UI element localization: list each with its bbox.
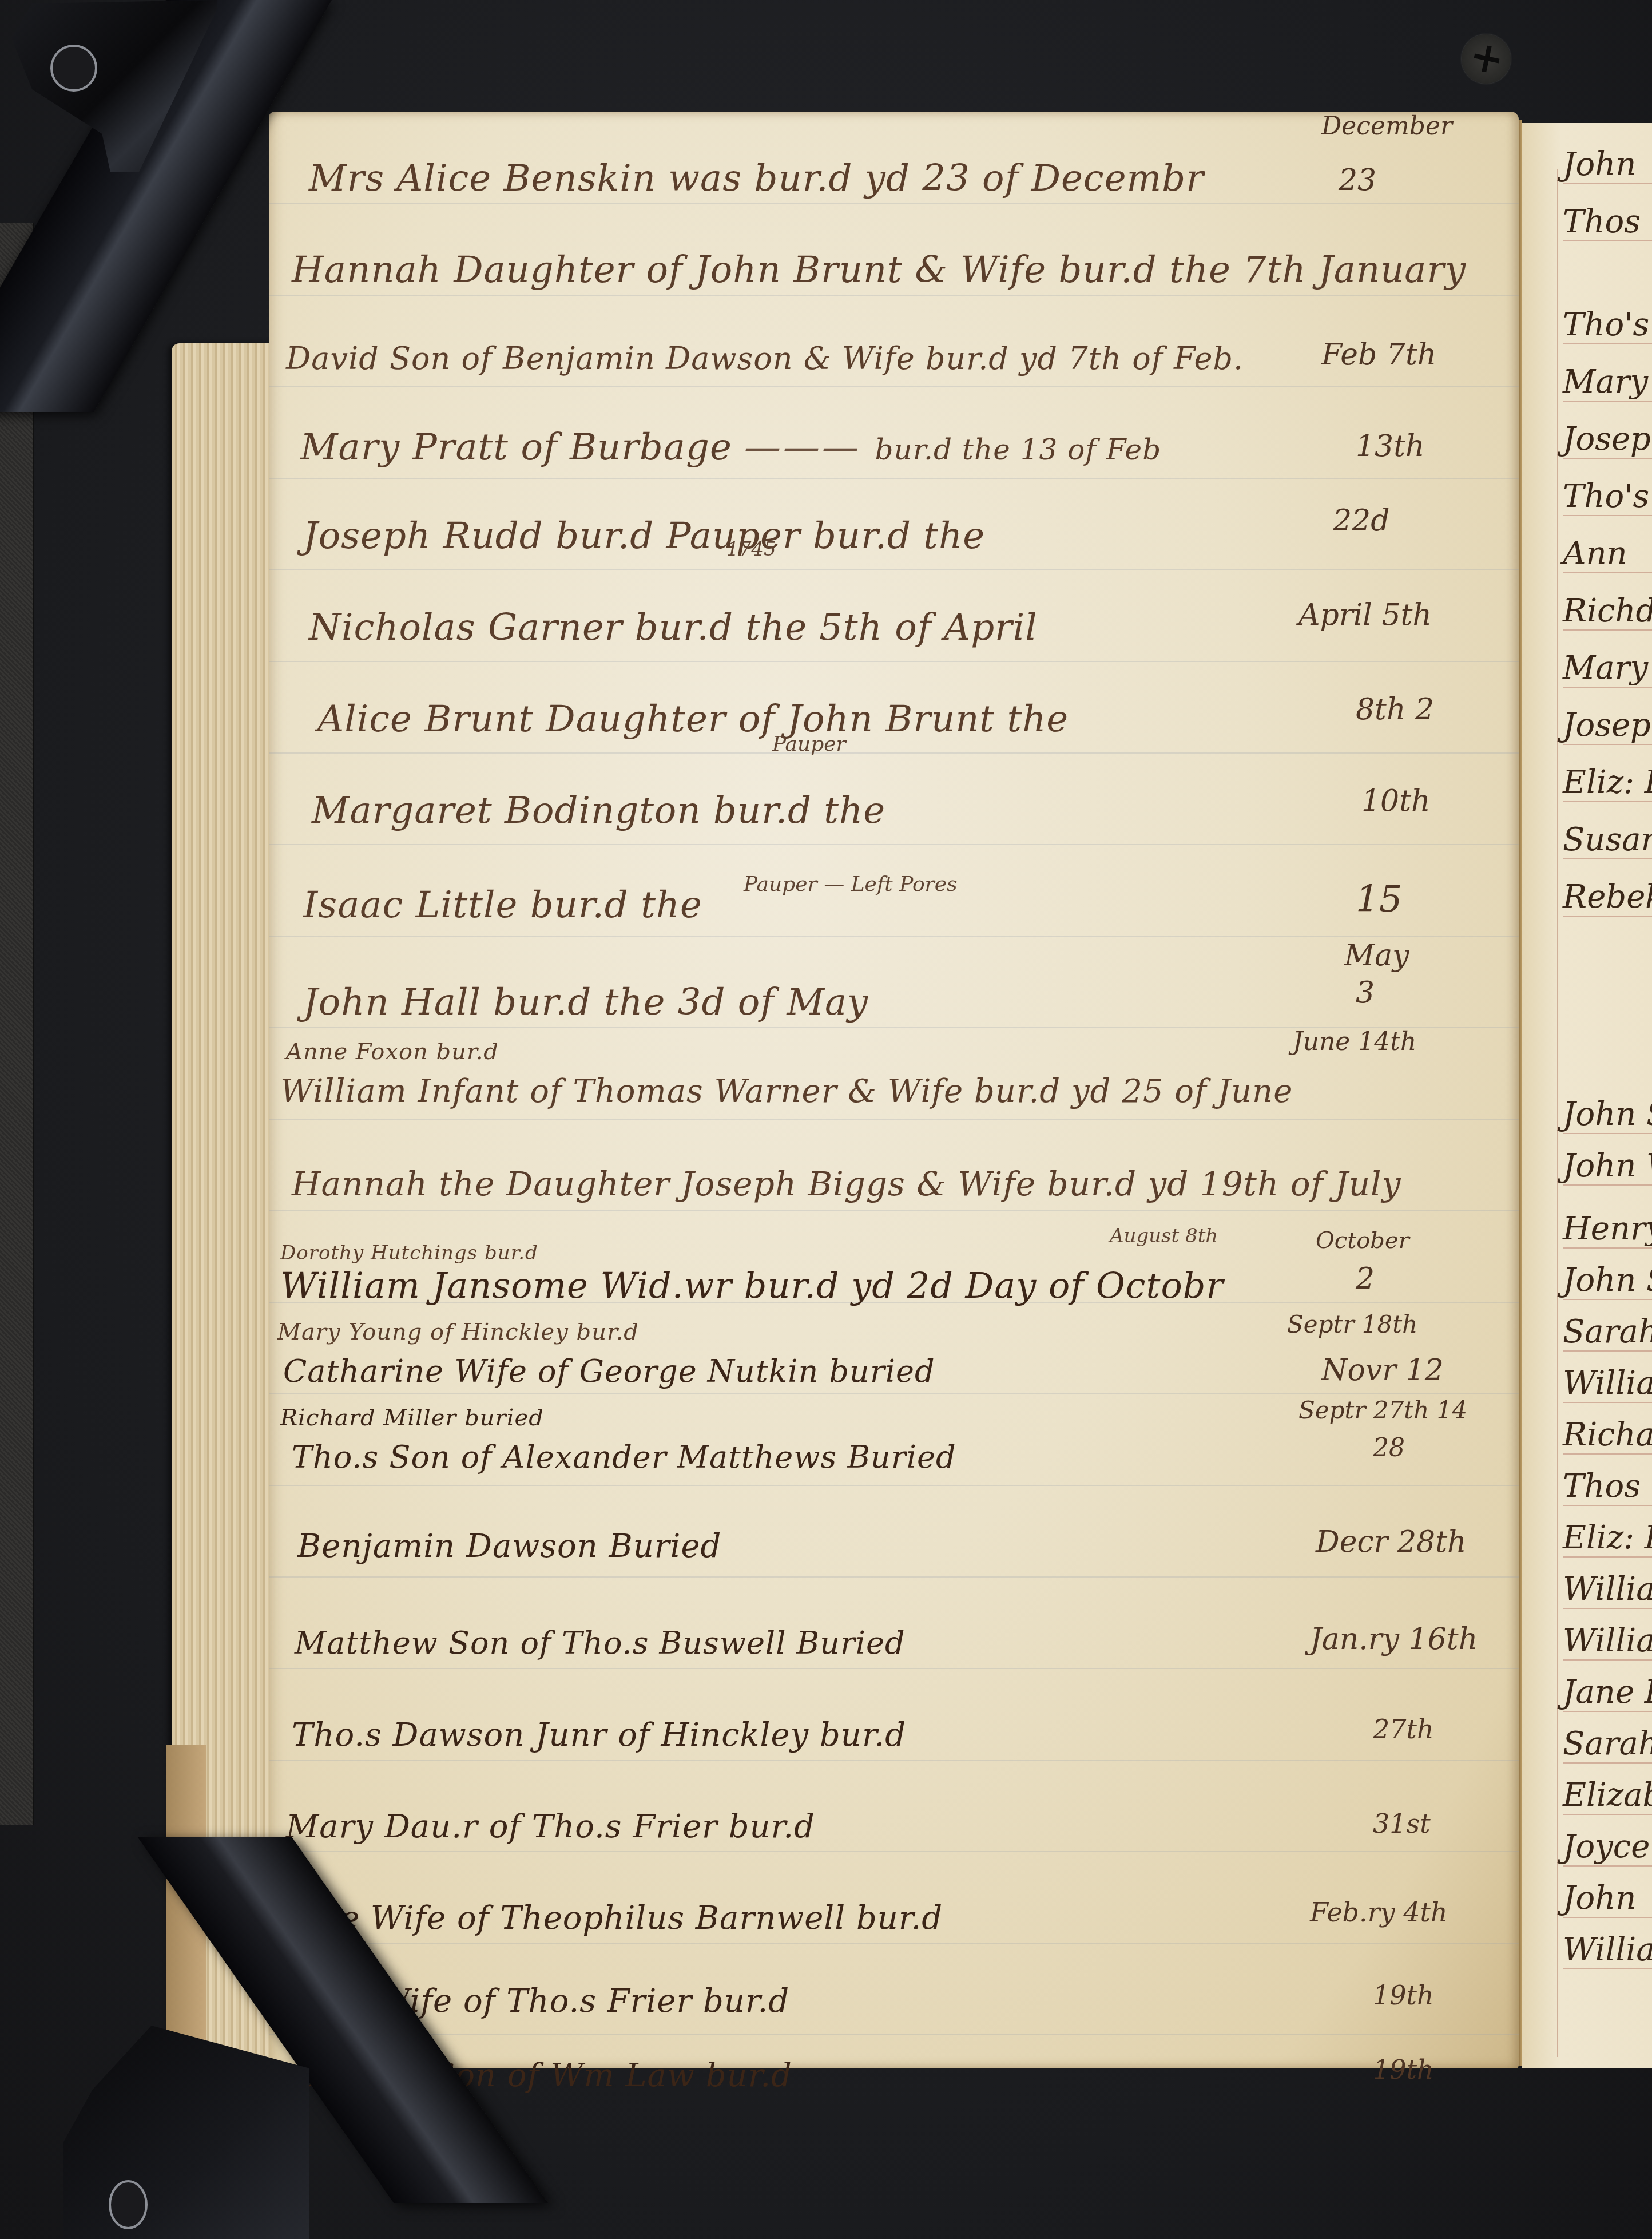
entry-6: Nicholas Garner bur.d the 5th of April [309, 607, 1038, 649]
facing-entry: William [1563, 1931, 1652, 1969]
facing-entry: John So [1563, 1096, 1652, 1134]
entry-22: Tho.s Dawson Junr of Hinckley bur.d [292, 1717, 906, 1754]
entry-14: Dorothy Hutchings bur.d [280, 1242, 538, 1265]
ruled-line [269, 1210, 1519, 1211]
facing-entry: John [1563, 1880, 1652, 1918]
entry-19: Tho.s Son of Alexander Matthews Buried [292, 1439, 956, 1475]
facing-entry: Henry s [1563, 1210, 1652, 1249]
ruled-line [269, 569, 1519, 570]
entry-11: Anne Foxon bur.d [286, 1039, 499, 1065]
facing-entry: John W [1563, 1147, 1652, 1186]
entry-18-date: Septr 27th 14 [1298, 1396, 1467, 1424]
register-page: December Mrs Alice Benskin was bur.d yd … [269, 112, 1519, 2068]
entry-17-date: Novr 12 [1321, 1353, 1444, 1388]
facing-entry: Thos [1563, 1468, 1652, 1506]
facing-page: JohnThosTho'sMaryJosephTho'sAnnRichdMary… [1522, 123, 1652, 2068]
facing-entry: Elizab [1563, 1777, 1652, 1815]
entry-4-suffix: bur.d the 13 of Feb [875, 433, 1161, 466]
entry-4: Mary Pratt of Burbage ——— bur.d the 13 o… [300, 426, 1161, 469]
entry-26-date: 19th [1373, 2054, 1434, 2085]
entry-10-date: 3 [1356, 976, 1375, 1010]
facing-entry: Sarah [1563, 1313, 1652, 1352]
facing-entry: Tho's [1563, 306, 1652, 344]
facing-entry: Jane D [1563, 1674, 1652, 1712]
ruled-line [269, 1851, 1519, 1852]
ruled-line [269, 1576, 1519, 1578]
entry-24: Jane Wife of Theophilus Barnwell bur.d [286, 1900, 943, 1937]
ruled-line [269, 1668, 1519, 1669]
ruled-line [269, 1760, 1519, 1761]
entry-16-date: Septr 18th [1287, 1310, 1417, 1338]
margin-month-december: December [1321, 112, 1452, 141]
ruled-line [269, 386, 1519, 387]
ruled-line [269, 203, 1519, 204]
entry-9: Isaac Little bur.d the [303, 884, 702, 926]
entry-15-date: 2 [1356, 1262, 1375, 1296]
ruled-line [269, 661, 1519, 662]
entry-21-date: Jan.ry 16th [1310, 1622, 1478, 1657]
entry-19-date: 28 [1373, 1433, 1405, 1463]
entry-8-date: 10th [1361, 784, 1431, 818]
entry-3-date: Feb 7th [1321, 338, 1436, 372]
entry-25-date: 19th [1373, 1980, 1434, 2011]
foam-support [0, 223, 34, 1825]
margin-month-october: October [1316, 1227, 1409, 1254]
interlinear-august: August 8th [1110, 1224, 1218, 1247]
facing-entry: John So [1563, 1262, 1652, 1300]
margin-month-may: May [1344, 938, 1409, 973]
facing-entry: Tho's [1563, 478, 1652, 516]
ruled-line [269, 295, 1519, 296]
entry-5-date: 22d [1333, 504, 1389, 538]
ruled-line [269, 478, 1519, 479]
entry-3: David Son of Benjamin Dawson & Wife bur.… [286, 340, 1244, 377]
ruled-line [269, 936, 1519, 937]
entry-6-date: April 5th [1298, 598, 1432, 632]
entry-11-date: June 14th [1293, 1027, 1416, 1056]
entry-24-date: Feb.ry 4th [1310, 1897, 1448, 1928]
ruled-line [269, 752, 1519, 754]
entry-10: John Hall bur.d the 3d of May [303, 981, 868, 1024]
entry-8: Margaret Bodington bur.d the [312, 790, 885, 832]
facing-margin-line [1557, 169, 1558, 2057]
entry-15: William Jansome Wid.wr bur.d yd 2d Day o… [280, 1265, 1224, 1306]
facing-entry: Joseph [1563, 421, 1652, 459]
facing-entry: Ann [1563, 535, 1652, 573]
entry-23: Mary Dau.r of Tho.s Frier bur.d [286, 1808, 815, 1845]
ruled-line [269, 1943, 1519, 1944]
facing-entry: Eliz: D [1563, 1519, 1652, 1558]
pauper-note-2: Pauper — Left Pores [744, 873, 958, 896]
facing-entry: Richd [1563, 592, 1652, 631]
facing-entry: Eliz: D [1563, 764, 1652, 802]
clip-hole-icon [50, 45, 97, 92]
facing-entry: Thos [1563, 203, 1652, 241]
clip-hole-icon [109, 2180, 148, 2229]
pauper-note-1: Pauper [772, 732, 846, 756]
year-note-1745: 1745 [726, 538, 776, 561]
facing-entry: Mary [1563, 649, 1652, 688]
entry-20-date: Decr 28th [1316, 1525, 1467, 1559]
ruled-line [269, 1393, 1519, 1394]
screw-icon [1462, 34, 1511, 84]
entry-23-date: 31st [1373, 1808, 1431, 1839]
facing-entry: John [1563, 146, 1652, 184]
ruled-line [269, 1119, 1519, 1120]
facing-entry: Rebeka [1563, 878, 1652, 917]
entry-2: Hannah Daughter of John Brunt & Wife bur… [292, 249, 1466, 291]
ruled-line [269, 1485, 1519, 1486]
facing-entry: Joseph [1563, 707, 1652, 745]
entry-16: Mary Young of Hinckley bur.d [277, 1319, 639, 1345]
ruled-line [269, 844, 1519, 845]
entry-7-date: 8th 2 [1356, 692, 1434, 727]
entry-12: William Infant of Thomas Warner & Wife b… [280, 1073, 1293, 1110]
ruled-line [269, 2034, 1519, 2035]
entry-13: Hannah the Daughter Joseph Biggs & Wife … [292, 1164, 1401, 1203]
facing-entry: Susanna [1563, 821, 1652, 859]
entry-21: Matthew Son of Tho.s Buswell Buried [295, 1625, 906, 1661]
facing-entry: Mary [1563, 363, 1652, 402]
entry-4-name: Mary Pratt of Burbage [300, 426, 732, 469]
entry-9-date: 15 [1356, 878, 1402, 921]
entry-5: Joseph Rudd bur.d Pauper bur.d the [303, 515, 985, 557]
entry-18: Richard Miller buried [280, 1405, 544, 1431]
entry-4-date: 13th [1356, 429, 1425, 463]
entry-22-date: 27th [1373, 1714, 1434, 1745]
entry-20: Benjamin Dawson Buried [297, 1528, 721, 1565]
facing-entry: Richa [1563, 1416, 1652, 1455]
entry-1: Mrs Alice Benskin was bur.d yd 23 of Dec… [309, 157, 1204, 200]
entry-17: Catharine Wife of George Nutkin buried [283, 1353, 935, 1389]
facing-entry: Joyce [1563, 1828, 1652, 1867]
entry-1-date: 23 [1339, 163, 1376, 197]
facing-entry: William [1563, 1571, 1652, 1609]
entry-7: Alice Brunt Daughter of John Brunt the [317, 698, 1069, 740]
facing-entry: Sarah D [1563, 1725, 1652, 1764]
facing-entry: William [1563, 1365, 1652, 1403]
facing-entry: William [1563, 1622, 1652, 1661]
